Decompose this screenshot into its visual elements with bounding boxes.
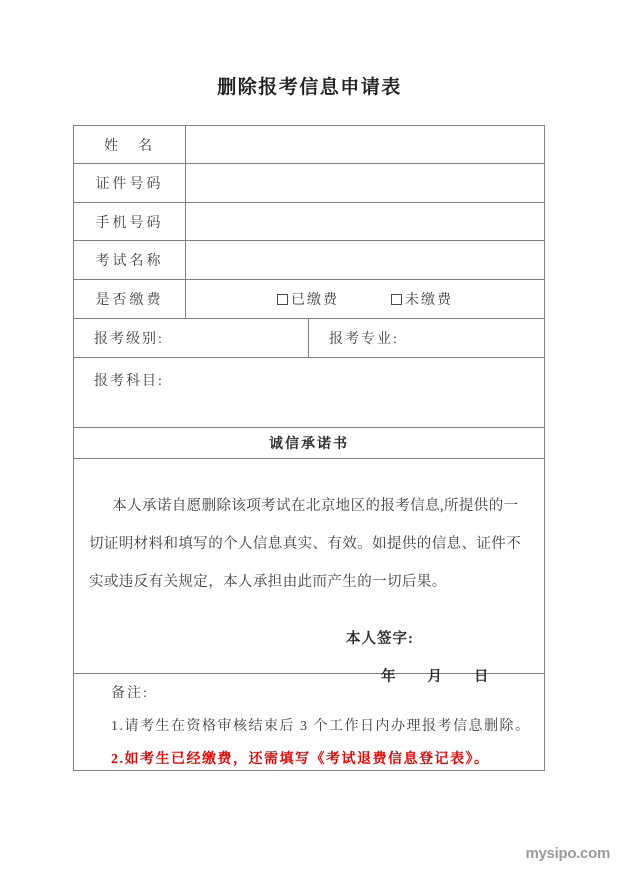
major-label: 报考专业: — [309, 319, 544, 357]
page-title: 删除报考信息申请表 — [0, 72, 619, 99]
commitment-body-cell: 本人承诺自愿删除该项考试在北京地区的报考信息,所提供的一切证明材料和填写的个人信… — [74, 459, 544, 673]
paid-option: 已缴费 — [277, 289, 339, 309]
phone-label: 手机号码 — [74, 203, 186, 240]
note-item-1: 1.请考生在资格审核结束后 3 个工作日内办理报考信息删除。 — [111, 716, 532, 738]
level-label: 报考级别: — [74, 319, 309, 357]
row-commitment-title: 诚信承诺书 — [74, 428, 544, 459]
note-item-2: 2.如考生已经缴费，还需填写《考试退费信息登记表》。 — [111, 749, 532, 771]
watermark: mysipo.com — [525, 845, 610, 862]
id-number-value-cell — [186, 164, 544, 202]
row-notes: 备注: 1.请考生在资格审核结束后 3 个工作日内办理报考信息删除。 2.如考生… — [74, 674, 544, 770]
application-form-table: 姓 名 证件号码 手机号码 考试名称 是否缴费 已缴费 — [73, 125, 545, 771]
checkbox-icon — [391, 294, 402, 305]
row-phone: 手机号码 — [74, 203, 544, 241]
notes-cell: 备注: 1.请考生在资格审核结束后 3 个工作日内办理报考信息删除。 2.如考生… — [74, 674, 544, 770]
payment-options: 已缴费 未缴费 — [186, 280, 544, 318]
document-page: 删除报考信息申请表 姓 名 证件号码 手机号码 考试名称 是否缴费 已缴费 — [0, 0, 619, 871]
unpaid-option: 未缴费 — [391, 289, 453, 309]
row-commitment-body: 本人承诺自愿删除该项考试在北京地区的报考信息,所提供的一切证明材料和填写的个人信… — [74, 459, 544, 674]
row-id-number: 证件号码 — [74, 164, 544, 203]
row-name: 姓 名 — [74, 126, 544, 164]
row-subject: 报考科目: — [74, 358, 544, 428]
commitment-title: 诚信承诺书 — [74, 428, 544, 458]
id-number-label: 证件号码 — [74, 164, 186, 202]
row-payment-status: 是否缴费 已缴费 未缴费 — [74, 280, 544, 319]
payment-status-label: 是否缴费 — [74, 280, 186, 318]
commitment-paragraph: 本人承诺自愿删除该项考试在北京地区的报考信息,所提供的一切证明材料和填写的个人信… — [89, 487, 530, 601]
exam-name-label: 考试名称 — [74, 241, 186, 279]
name-label: 姓 名 — [74, 126, 186, 163]
unpaid-option-label: 未缴费 — [405, 289, 453, 309]
checkbox-icon — [277, 294, 288, 305]
name-value-cell — [186, 126, 544, 163]
subject-label: 报考科目: — [74, 358, 544, 427]
notes-title: 备注: — [111, 683, 532, 705]
phone-value-cell — [186, 203, 544, 240]
paid-option-label: 已缴费 — [291, 289, 339, 309]
signature-label: 本人签字: — [89, 627, 530, 648]
exam-name-value-cell — [186, 241, 544, 279]
row-exam-name: 考试名称 — [74, 241, 544, 280]
row-level-major: 报考级别: 报考专业: — [74, 319, 544, 358]
